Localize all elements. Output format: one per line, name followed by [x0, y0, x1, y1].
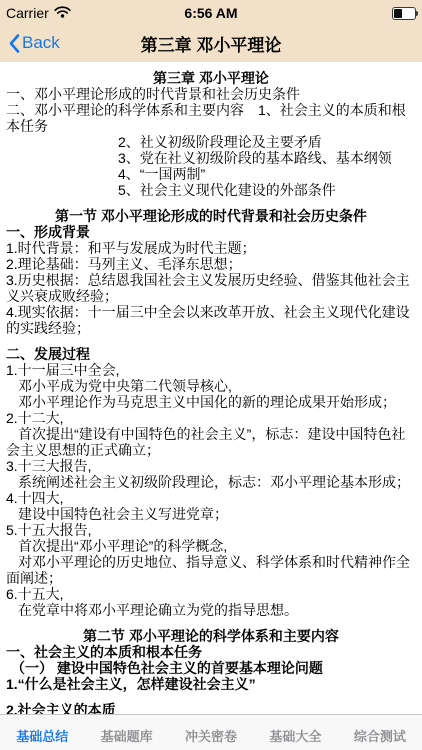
content-line: 4、“一国两制” — [118, 166, 416, 182]
tab-label: 基础大全 — [269, 726, 321, 745]
tab-label: 基础总结 — [16, 726, 68, 745]
content-line: 一、形成背景 — [6, 224, 416, 240]
content-line: 3、党在社义初级阶段的基本路线、基本纲领 — [118, 150, 416, 166]
content-line: 二、邓小平理论的科学体系和主要内容 1、社会主义的本质和根本任务 — [6, 102, 416, 134]
content-line: 3.十三大报告, — [6, 458, 416, 474]
content-spacer — [6, 618, 416, 628]
content-line: 1.时代背景：和平与发展成为时代主题； — [6, 240, 416, 256]
content-line: 4.现实依据：十一届三中全会以来改革开放、社会主义现代化建设的实践经验； — [6, 304, 416, 336]
content-line: 5.十五大报告, — [6, 522, 416, 538]
tab-bar: 基础总结基础题库冲关密卷基础大全综合测试 — [0, 714, 422, 750]
back-chevron-icon — [8, 33, 20, 54]
content-line: 6.十五大, — [6, 586, 416, 602]
content-line: 3.历史根据：总结恩我国社会主义发展历史经验、借鉴其他社会主义兴衰成败经验； — [6, 272, 416, 304]
content-spacer — [6, 336, 416, 346]
status-bar-left: Carrier — [6, 5, 106, 21]
content-line: （一） 建设中国特色社会主义的首要基本理论问题 — [6, 660, 416, 676]
tab-basics-collection[interactable]: 基础大全 — [253, 715, 337, 750]
content-line: 2.十二大, — [6, 410, 416, 426]
content-line: 邓小平成为党中央第二代领导核心, — [6, 378, 416, 394]
tab-comprehensive-test[interactable]: 综合测试 — [338, 715, 422, 750]
status-bar-right — [316, 7, 416, 20]
tab-basics-summary[interactable]: 基础总结 — [0, 715, 84, 750]
header-area: Carrier 6:56 AM — [0, 0, 422, 62]
content-line: 2.理论基础：马列主义、毛泽东思想； — [6, 256, 416, 272]
page-title: 第三章 邓小平理论 — [0, 31, 422, 56]
tab-label: 综合测试 — [354, 726, 406, 745]
battery-cap — [416, 11, 418, 16]
back-button[interactable]: Back — [8, 24, 60, 62]
content-line: 二、发展过程 — [6, 346, 416, 362]
content-line: 首次提出“建设有中国特色的社会主义”，标志：建设中国特色社会主义思想的正式确立； — [6, 426, 416, 458]
tab-basics-question-bank[interactable]: 基础题库 — [84, 715, 168, 750]
tab-label: 冲关密卷 — [185, 726, 237, 745]
status-bar: Carrier 6:56 AM — [0, 0, 422, 24]
content-line: 第二节 邓小平理论的科学体系和主要内容 — [6, 628, 416, 644]
content-line: 在党章中将邓小平理论确立为党的指导思想。 — [6, 602, 416, 618]
battery-icon — [392, 7, 416, 20]
nav-bar: Back 第三章 邓小平理论 — [0, 24, 422, 62]
content-line: 建设中国特色社会主义写进党章； — [6, 506, 416, 522]
content-line: 1.“什么是社会主义，怎样建设社会主义” — [6, 676, 416, 692]
tab-sprint-secret-papers[interactable]: 冲关密卷 — [169, 715, 253, 750]
content-line: 第一节 邓小平理论形成的时代背景和社会历史条件 — [6, 208, 416, 224]
content-line: 4.十四大, — [6, 490, 416, 506]
content-line: 1.十一届三中全会, — [6, 362, 416, 378]
content-line: 一、邓小平理论形成的时代背景和社会历史条件 — [6, 86, 416, 102]
content-line: 系统阐述社会主义初级阶段理论，标志：邓小平理论基本形成； — [6, 474, 416, 490]
content-line: 2、社义初级阶段理论及主要矛盾 — [118, 134, 416, 150]
wifi-icon — [54, 5, 71, 21]
content-line: 一、社会主义的本质和根本任务 — [6, 644, 416, 660]
battery-fill — [394, 9, 402, 18]
app-screen: Carrier 6:56 AM — [0, 0, 422, 750]
content-area[interactable]: 第三章 邓小平理论一、邓小平理论形成的时代背景和社会历史条件二、邓小平理论的科学… — [0, 62, 422, 725]
content-line: 首次提出“邓小平理论”的科学概念, — [6, 538, 416, 554]
carrier-label: Carrier — [6, 5, 49, 21]
back-label: Back — [22, 33, 60, 53]
content-line: 对邓小平理论的历史地位、指导意义、科学体系和时代精神作全面阐述； — [6, 554, 416, 586]
content-line: 5、社会主义现代化建设的外部条件 — [118, 182, 416, 198]
content-line: 邓小平理论作为马克思主义中国化的新的理论成果开始形成； — [6, 394, 416, 410]
clock: 6:56 AM — [106, 5, 316, 21]
content-spacer — [6, 198, 416, 208]
content-spacer — [6, 692, 416, 702]
tab-label: 基础题库 — [101, 726, 153, 745]
content-line: 第三章 邓小平理论 — [6, 70, 416, 86]
